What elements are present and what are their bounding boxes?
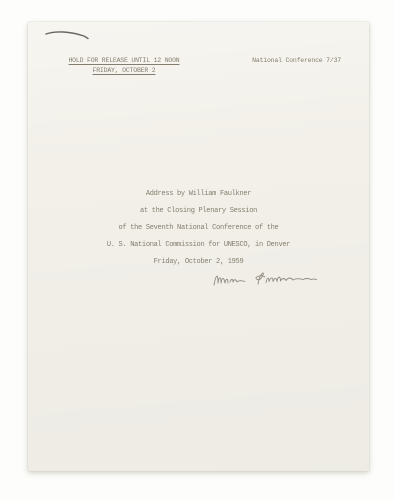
title-block: Address by William Faulkner at the Closi… (28, 186, 369, 271)
title-line: of the Seventh National Conference of th… (28, 220, 369, 237)
title-line: U. S. National Commission for UNESCO, in… (28, 237, 369, 254)
document-page: HOLD FOR RELEASE UNTIL 12 NOON FRIDAY, O… (28, 22, 369, 471)
photo-background: HOLD FOR RELEASE UNTIL 12 NOON FRIDAY, O… (0, 0, 395, 500)
release-note-line-1: HOLD FOR RELEASE UNTIL 12 NOON (64, 56, 184, 66)
pencil-mark (44, 28, 94, 42)
title-line: Address by William Faulkner (28, 186, 369, 203)
faulkner-signature (208, 264, 320, 294)
release-note-line-2: FRIDAY, OCTOBER 2 (64, 66, 184, 76)
conference-ref-number: National Conference 7/37 (252, 57, 341, 64)
title-line: at the Closing Plenary Session (28, 203, 369, 220)
release-note: HOLD FOR RELEASE UNTIL 12 NOON FRIDAY, O… (64, 56, 184, 76)
